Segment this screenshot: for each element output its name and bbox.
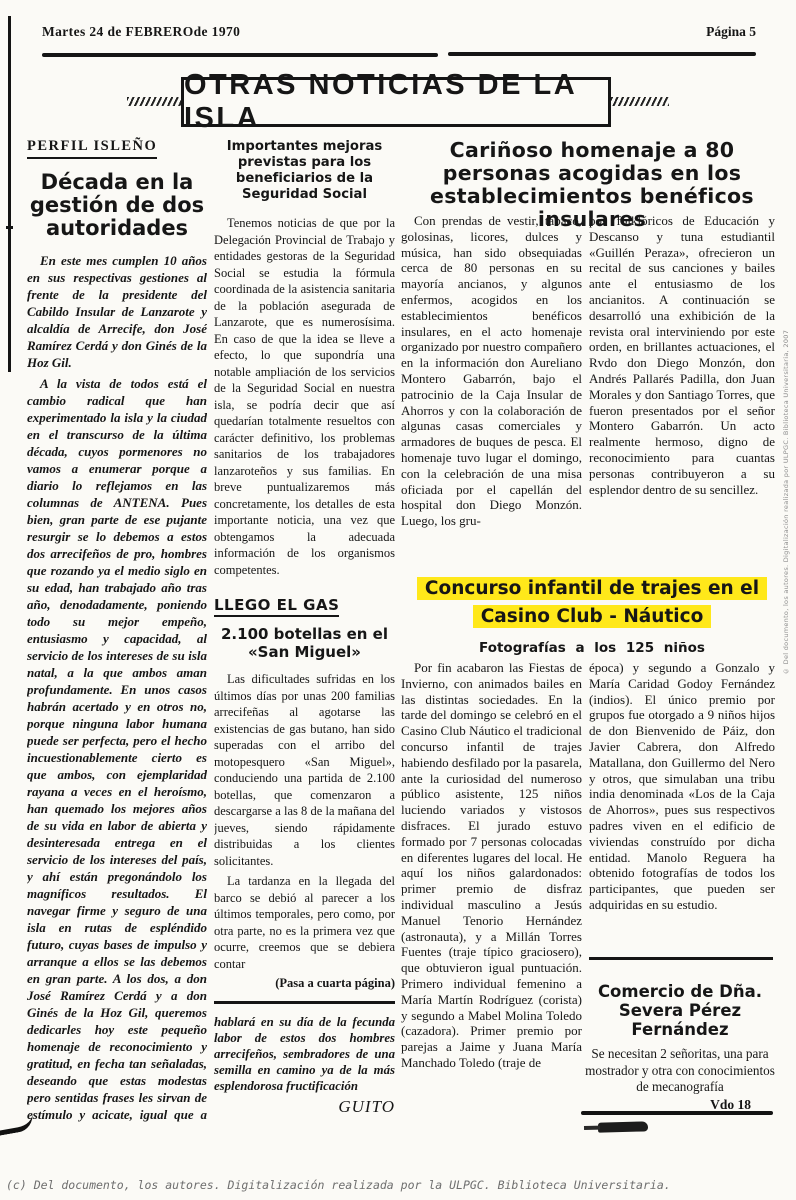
homenaje-paragraph: pos folklóricos de Educación y Descanso … xyxy=(589,213,775,497)
homenaje-paragraph: Con prendas de vestir, tabaco, golosinas… xyxy=(401,213,582,529)
header-rule xyxy=(42,53,756,58)
advert-title: Comercio de Dña. Severa Pérez Fernández xyxy=(581,982,779,1039)
squiggle-ornament-right-icon xyxy=(611,97,669,106)
scan-edge-line xyxy=(8,16,11,372)
perfil-body: En este mes cumplen 10 años en sus respe… xyxy=(27,252,207,1127)
homenaje-column-right: pos folklóricos de Educación y Descanso … xyxy=(589,213,775,573)
gas-paragraph: La tardanza en la llegada del barco se d… xyxy=(214,873,395,972)
perfil-paragraph: A la vista de todos está el cambio radic… xyxy=(27,375,207,1127)
homenaje-column-left: Con prendas de vestir, tabaco, golosinas… xyxy=(401,213,582,573)
perfil-headline: Década en la gestión de dos autoridades xyxy=(27,171,207,240)
column-divider-rule xyxy=(214,1001,395,1004)
bottom-thick-rule xyxy=(581,1111,773,1115)
concurso-subhead: Fotografías a los 125 niños xyxy=(396,640,788,656)
perfil-continuation: hablará en su día de la fecunda labor de… xyxy=(214,1014,395,1095)
section-banner: OTRAS NOTICIAS DE LA ISLA xyxy=(181,77,611,127)
gas-headline: 2.100 botellas en el «San Miguel» xyxy=(214,625,395,661)
seguridad-paragraph: Tenemos noticias de que por la Delegació… xyxy=(214,215,395,578)
squiggle-ornament-left-icon xyxy=(127,97,182,106)
classified-advert: Comercio de Dña. Severa Pérez Fernández … xyxy=(581,982,779,1113)
concurso-paragraph: época) y segundo a Gonzalo y María Carid… xyxy=(589,660,775,913)
continues-note: (Pasa a cuarta página) xyxy=(214,976,395,991)
concurso-headline-highlighted: Concurso infantil de trajes en el Casino… xyxy=(417,577,767,628)
vertical-copyright-note: © Del documento, los autores. Digitaliza… xyxy=(782,185,790,675)
ink-smudge xyxy=(598,1121,648,1132)
concurso-header: Concurso infantil de trajes en el Casino… xyxy=(396,575,788,656)
header-date: Martes 24 de FEBREROde 1970 xyxy=(42,24,240,40)
header-page-number: Página 5 xyxy=(706,24,756,40)
header-rule-segment xyxy=(42,53,438,57)
advert-divider-rule xyxy=(589,957,773,960)
perfil-continuation-text: hablará en su día de la fecunda labor de… xyxy=(214,1014,395,1095)
gas-kicker: LLEGO EL GAS xyxy=(214,596,339,617)
perfil-paragraph: En este mes cumplen 10 años en sus respe… xyxy=(27,252,207,371)
concurso-column-left: Por fin acabaron las Fiestas de Invierno… xyxy=(401,660,582,1120)
advert-body: Se necesitan 2 señoritas, una para mostr… xyxy=(581,1046,779,1096)
perfil-kicker: PERFIL ISLEÑO xyxy=(27,138,157,159)
column-perfil-isleno: PERFIL ISLEÑO Década en la gestión de do… xyxy=(27,137,207,1127)
gas-paragraph: Las dificultades sufridas en los últimos… xyxy=(214,671,395,869)
seguridad-headline: Importantes mejoras previstas para los b… xyxy=(214,139,395,203)
footer-copyright-note: (c) Del documento, los autores. Digitali… xyxy=(6,1178,671,1192)
gas-body: Las dificultades sufridas en los últimos… xyxy=(214,671,395,972)
newspaper-page: Martes 24 de FEBREROde 1970 Página 5 OTR… xyxy=(0,0,796,1200)
header-rule-segment xyxy=(448,52,756,56)
stray-ink-mark xyxy=(0,1113,35,1137)
seguridad-body: Tenemos noticias de que por la Delegació… xyxy=(214,215,395,578)
concurso-paragraph: Por fin acabaron las Fiestas de Invierno… xyxy=(401,660,582,1071)
concurso-column-right: época) y segundo a Gonzalo y María Carid… xyxy=(589,660,775,956)
author-signature: GUITO xyxy=(214,1097,395,1117)
column-seguridad-gas: Importantes mejoras previstas para los b… xyxy=(214,139,395,1139)
